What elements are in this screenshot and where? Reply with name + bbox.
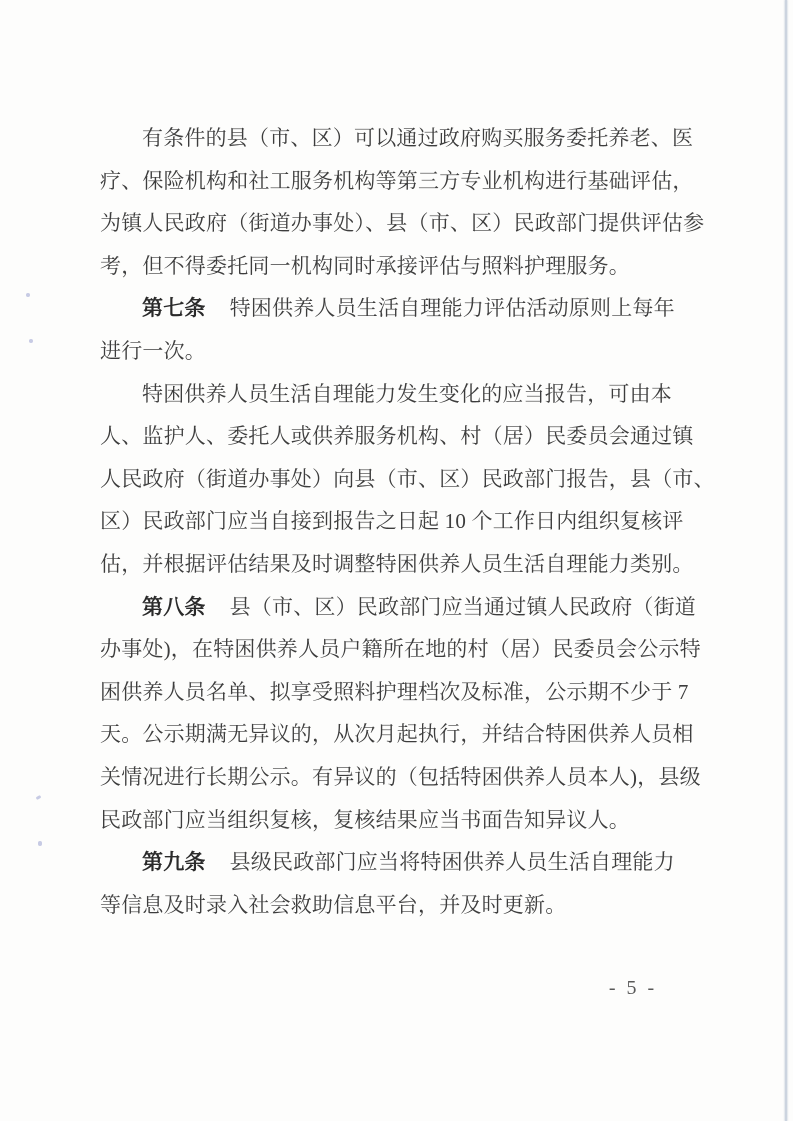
line-text: 人民政府（街道办事处）向县（市、区）民政部门报告，县（市、 [100,467,715,491]
scan-speck [36,795,42,800]
scan-speck [26,293,30,297]
line-text: 进行一次。 [100,339,206,363]
document-line: 民政部门应当组织复核，复核结果应当书面告知异议人。 [100,799,740,842]
document-line-article-7: 第七条特困供养人员生活自理能力评估活动原则上每年 [100,287,740,330]
article-9-number-label: 第九条 [142,850,206,874]
line-text: 人、监护人、委托人或供养服务机构、村（居）民委员会通过镇 [100,424,694,448]
line-text: 等信息及时录入社会救助信息平台，并及时更新。 [100,893,566,917]
scan-speck [38,841,42,846]
scanned-document-page: 有条件的县（市、区）可以通过政府购买服务委托养老、医 疗、保险机构和社工服务机构… [0,0,793,1121]
line-text: 估，并根据评估结果及时调整特困供养人员生活自理能力类别。 [100,552,694,576]
document-line: 有条件的县（市、区）可以通过政府购买服务委托养老、医 [100,117,740,160]
line-text: 办事处)，在特困供养人员户籍所在地的村（居）民委员会公示特 [100,637,701,661]
line-text: 特困供养人员生活自理能力发生变化的应当报告，可由本 [142,382,672,406]
document-line: 等信息及时录入社会救助信息平台，并及时更新。 [100,884,740,927]
document-line: 办事处)，在特困供养人员户籍所在地的村（居）民委员会公示特 [100,628,740,671]
line-text: 县级民政部门应当将特困供养人员生活自理能力 [230,850,675,874]
document-line: 疗、保险机构和社工服务机构等第三方专业机构进行基础评估， [100,160,740,203]
document-line-article-9: 第九条县级民政部门应当将特困供养人员生活自理能力 [100,841,740,884]
document-line: 困供养人员名单、拟享受照料护理档次及标准，公示期不少于 7 [100,671,740,714]
line-text: 特困供养人员生活自理能力评估活动原则上每年 [230,296,675,320]
document-line: 人、监护人、委托人或供养服务机构、村（居）民委员会通过镇 [100,415,740,458]
document-line: 天。公示期满无异议的，从次月起执行，并结合特困供养人员相 [100,713,740,756]
page-number: - 5 - [588,976,678,1000]
document-line: 关情况进行长期公示。有异议的（包括特困供养人员本人)，县级 [100,756,740,799]
document-line: 估，并根据评估结果及时调整特困供养人员生活自理能力类别。 [100,543,740,586]
document-text-block: 有条件的县（市、区）可以通过政府购买服务委托养老、医 疗、保险机构和社工服务机构… [100,117,740,926]
line-text: 困供养人员名单、拟享受照料护理档次及标准，公示期不少于 7 [100,680,689,704]
document-line: 特困供养人员生活自理能力发生变化的应当报告，可由本 [100,373,740,416]
line-text: 关情况进行长期公示。有异议的（包括特困供养人员本人)，县级 [100,765,701,789]
document-line-article-8: 第八条县（市、区）民政部门应当通过镇人民政府（街道 [100,586,740,629]
document-line: 进行一次。 [100,330,740,373]
line-text: 民政部门应当组织复核，复核结果应当书面告知异议人。 [100,808,630,832]
line-text: 为镇人民政府（街道办事处）、县（市、区）民政部门提供评估参 [100,211,704,235]
line-text: 区）民政部门应当自接到报告之日起 10 个工作日内组织复核评 [100,509,684,533]
scan-speck [29,339,33,343]
line-text: 县（市、区）民政部门应当通过镇人民政府（街道 [230,595,696,619]
scan-edge-line [785,0,787,1121]
document-line: 考，但不得委托同一机构同时承接评估与照料护理服务。 [100,245,740,288]
document-line: 区）民政部门应当自接到报告之日起 10 个工作日内组织复核评 [100,500,740,543]
article-7-number-label: 第七条 [142,296,206,320]
line-text: 有条件的县（市、区）可以通过政府购买服务委托养老、医 [142,126,693,150]
line-text: 疗、保险机构和社工服务机构等第三方专业机构进行基础评估， [100,169,694,193]
line-text: 天。公示期满无异议的，从次月起执行，并结合特困供养人员相 [100,722,694,746]
line-text: 考，但不得委托同一机构同时承接评估与照料护理服务。 [100,254,630,278]
document-line: 为镇人民政府（街道办事处）、县（市、区）民政部门提供评估参 [100,202,740,245]
article-8-number-label: 第八条 [142,595,206,619]
document-line: 人民政府（街道办事处）向县（市、区）民政部门报告，县（市、 [100,458,740,501]
